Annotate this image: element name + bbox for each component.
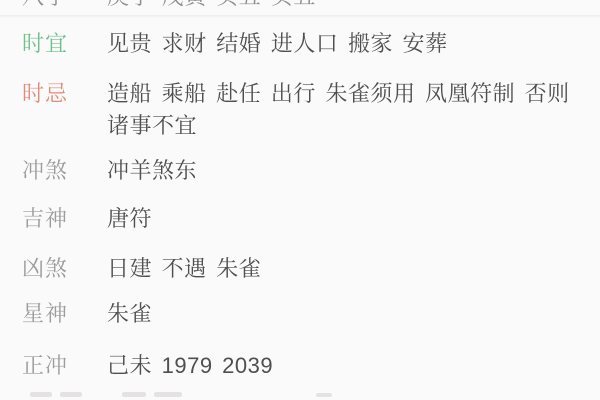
row-value-xiongsha: 日建 不遇 朱雀 [107,253,579,285]
row-label-shiji: 时忌 [22,78,107,110]
section-divider [0,15,600,18]
row-label-jishen: 吉神 [22,203,107,235]
row-value-shiji: 造船 乘船 赴任 出行 朱雀须用 凤凰符制 否则诸事不宜 [107,78,579,142]
row-label-chongsha: 冲煞 [22,155,107,187]
almanac-row-xiongsha: 凶煞 日建 不遇 朱雀 [0,253,600,285]
almanac-row-chongsha: 冲煞 冲羊煞东 [0,155,600,187]
row-value-jishen: 唐符 [107,203,579,235]
partial-row-fragment [316,393,332,397]
partial-row-fragment [154,392,182,397]
partial-row-fragment [60,392,82,397]
row-value-zhengchong: 己未 1979 2039 [107,350,579,382]
row-label-bazi: 八字 [22,0,107,13]
almanac-row-shiyi: 时宜 见贵 求财 结婚 进人口 搬家 安葬 [0,28,600,60]
almanac-row-bazi: 八字 庚子 戊寅 癸丑 癸丑 [0,0,600,13]
row-label-shiyi: 时宜 [22,28,107,60]
row-value-xingshen: 朱雀 [107,298,579,330]
almanac-row-jishen: 吉神 唐符 [0,203,600,235]
partial-row-fragment [122,392,146,397]
almanac-row-shiji: 时忌 造船 乘船 赴任 出行 朱雀须用 凤凰符制 否则诸事不宜 [0,78,600,142]
row-value-bazi: 庚子 戊寅 癸丑 癸丑 [107,0,579,13]
row-value-chongsha: 冲羊煞东 [107,155,579,187]
row-label-xiongsha: 凶煞 [22,253,107,285]
row-label-xingshen: 星神 [22,298,107,330]
row-label-zhengchong: 正冲 [22,350,107,382]
almanac-row-zhengchong: 正冲 己未 1979 2039 [0,350,600,382]
row-value-shiyi: 见贵 求财 结婚 进人口 搬家 安葬 [107,28,579,60]
almanac-hour-detail-screen: 八字 庚子 戊寅 癸丑 癸丑 时宜 见贵 求财 结婚 进人口 搬家 安葬 时忌 … [0,0,600,400]
almanac-row-xingshen: 星神 朱雀 [0,298,600,330]
partial-row-fragment [30,392,52,397]
